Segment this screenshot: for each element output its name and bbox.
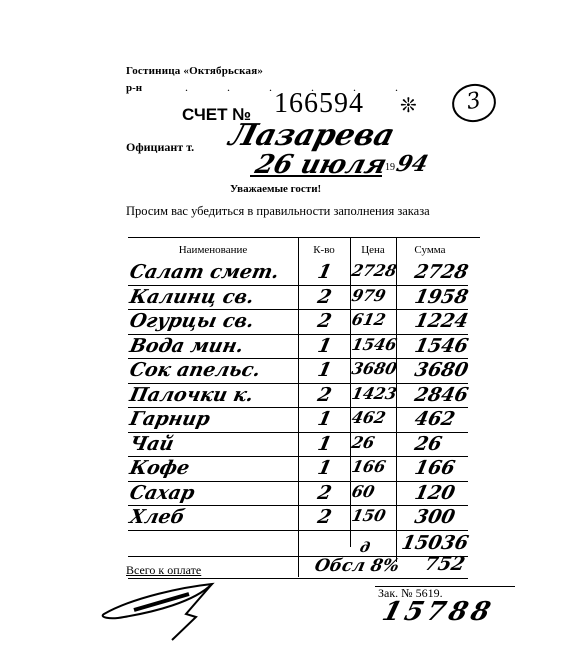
item-name: Хлеб — [128, 506, 187, 528]
item-name: Калинц св. — [128, 286, 256, 308]
signature — [94, 572, 234, 642]
item-price: 612 — [350, 310, 387, 329]
item-name: Вода мин. — [128, 335, 246, 357]
grand-total-handwritten: 15788 — [379, 597, 498, 627]
waiter-name: Лазарева — [225, 118, 398, 153]
item-sum: 166 — [413, 457, 457, 479]
item-name: Сок апельс. — [128, 359, 263, 381]
column-divider — [396, 237, 397, 562]
item-price: 1423 — [350, 384, 399, 403]
item-sum: 3680 — [413, 359, 471, 381]
date-underline — [250, 175, 382, 177]
item-price: 166 — [350, 457, 387, 476]
star-stamp-icon: ❊ — [400, 93, 417, 118]
item-sum: 26 — [413, 433, 444, 455]
item-name: Огурцы св. — [128, 310, 256, 332]
item-price: 979 — [350, 286, 387, 305]
item-name: Салат смет. — [128, 261, 281, 283]
item-qty: 2 — [316, 506, 334, 528]
bill-number: 166594 — [274, 88, 364, 120]
item-name: Палочки к. — [128, 384, 256, 406]
waiter-label: Официант т. — [126, 140, 194, 155]
item-sum: 120 — [413, 482, 457, 504]
row-line — [128, 556, 468, 557]
year-handwritten: 94 — [394, 151, 432, 177]
item-qty: 1 — [316, 359, 334, 381]
item-name: Чай — [128, 433, 176, 455]
item-price: 26 — [350, 433, 376, 452]
item-sum: 462 — [413, 408, 457, 430]
service-note: Обсл 8% — [313, 556, 401, 576]
item-qty: 1 — [316, 335, 334, 357]
item-price: 60 — [350, 482, 376, 501]
column-header-name: Наименование — [128, 244, 298, 256]
column-header-price: Цена — [350, 244, 396, 256]
item-qty: 1 — [316, 261, 334, 283]
column-header-qty: К-во — [298, 244, 350, 256]
item-price: 2728 — [350, 261, 399, 280]
item-qty: 2 — [316, 310, 334, 332]
item-qty: 2 — [316, 482, 334, 504]
item-price: 150 — [350, 506, 387, 525]
column-divider — [350, 237, 351, 547]
circled-number: 3 — [449, 80, 499, 125]
year-prefix: 19 — [385, 162, 395, 173]
item-qty: 2 — [316, 384, 334, 406]
item-sum: 2728 — [413, 261, 471, 283]
item-sum: 1224 — [413, 310, 471, 332]
hotel-name: Гостиница «Октябрьская» — [126, 65, 263, 77]
item-sum: 1958 — [413, 286, 471, 308]
item-sum: 2846 — [413, 384, 471, 406]
item-price: 1546 — [350, 335, 399, 354]
notice-text: Просим вас убедиться в правильности запо… — [126, 205, 466, 218]
table-top-border — [128, 237, 480, 238]
item-price: 462 — [350, 408, 387, 427]
item-qty: 1 — [316, 433, 334, 455]
item-sum: 300 — [413, 506, 457, 528]
greeting: Уважаемые гости! — [230, 183, 321, 195]
item-qty: 1 — [316, 408, 334, 430]
subtotal: 15036 — [400, 532, 471, 554]
district-label: р-н — [126, 82, 142, 94]
item-price: 3680 — [350, 359, 399, 378]
item-qty: 2 — [316, 286, 334, 308]
item-sum: 1546 — [413, 335, 471, 357]
item-qty: 1 — [316, 457, 334, 479]
item-name: Кофе — [128, 457, 192, 479]
service-amount: 752 — [423, 553, 467, 575]
column-header-sum: Сумма — [396, 244, 464, 256]
subtotal-mark: д — [358, 540, 371, 556]
item-name: Сахар — [128, 482, 197, 504]
column-divider — [298, 237, 299, 577]
item-name: Гарнир — [128, 408, 212, 430]
